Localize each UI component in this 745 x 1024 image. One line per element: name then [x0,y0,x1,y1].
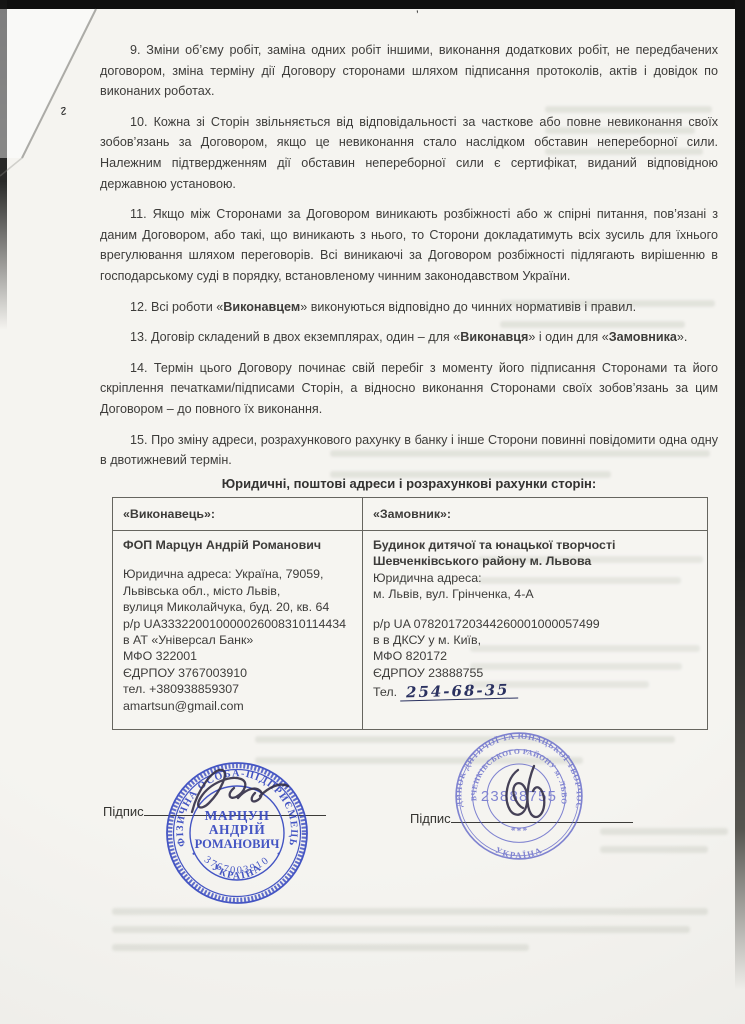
executor-name: ФОП Марцун Андрій Романович [123,537,352,553]
bleed-through-text [600,828,728,864]
customer-mfo: МФО 820172 [373,648,697,664]
executor-mfo: МФО 322001 [123,648,352,664]
svg-text:3767003910: 3767003910 [202,854,272,876]
executor-stamp-dot-right: • [277,849,280,859]
executor-signature-label: Підпис [103,804,144,819]
customer-address: м. Львів, вул. Грінченка, 4-А [373,586,697,602]
customer-stamp-outer-text: БУДИНОК ДИТЯЧОЇ ТА ЮНАЦЬКОЇ ТВОРЧОСТІ [452,729,585,810]
customer-phone-row: Тел. 254-68-35 [373,683,697,700]
bleed-through-text [255,736,675,778]
executor-signature-line [144,802,326,816]
executor-stamp-firstname: АНДРІЙ [209,822,266,837]
customer-signature-label: Підпис [410,811,451,826]
clause-14: 14. Термін цього Договору починає свій п… [100,358,718,420]
executor-edrpou: ЄДРПОУ 3767003910 [123,665,352,681]
executor-details: ФОП Марцун Андрій Романович Юридична адр… [113,531,363,729]
customer-stamp-stars: * * * [509,826,529,837]
customer-stamp-country: УКРАЇНА [494,845,544,861]
executor-stamp-dot-left: • [192,849,195,859]
addresses-heading: Юридичні, поштові адреси і розрахункові … [100,476,718,491]
svg-text:УКРАЇНА: УКРАЇНА [494,845,544,861]
scanned-contract-page: ∿ ’ 9. Зміни об’єму робіт, заміна одних [0,0,745,1024]
customer-account: р/р UA 078201720344260001000057499 [373,616,697,632]
scanner-edge-right [735,0,745,1010]
customer-details: Будинок дитячої та юнацької творчості Ше… [363,531,707,729]
clause-11: 11. Якщо між Сторонами за Договором вини… [100,204,718,286]
customer-address-label: Юридична адреса: [373,570,697,586]
clause-12: 12. Всі роботи «Виконавцем» виконуються … [100,297,718,318]
customer-name-line1: Будинок дитячої та юнацької творчості [373,537,697,553]
executor-stamp-patronymic: РОМАНОВИЧ [195,837,280,851]
scanner-edge-left [0,0,7,330]
ink-mark-top: ’ [416,8,419,22]
clause-15: 15. Про зміну адреси, розрахункового рах… [100,430,718,471]
customer-stamp-number: 23888755 [481,788,557,805]
svg-text:БУДИНОК ДИТЯЧОЇ ТА ЮНАЦЬКОЇ ТВ: БУДИНОК ДИТЯЧОЇ ТА ЮНАЦЬКОЇ ТВОРЧОСТІ [452,729,585,810]
customer-signature-row: Підпис [410,809,633,826]
customer-header: «Замовник»: [363,498,707,531]
customer-signature-line [451,809,633,823]
customer-edrpou: ЄДРПОУ 23888755 [373,665,697,681]
executor-autograph-signature [178,756,298,836]
customer-stamp: БУДИНОК ДИТЯЧОЇ ТА ЮНАЦЬКОЇ ТВОРЧОСТІ УК… [452,729,586,863]
bleed-through-text [112,908,708,962]
executor-phone: тел. +380938859307 [123,681,352,697]
executor-header: «Виконавець»: [113,498,363,531]
svg-text:* * *: * * * [509,826,529,837]
executor-signature-row: Підпис [103,802,326,819]
customer-bank: в в ДКСУ у м. Київ, [373,632,697,648]
customer-name-line2: Шевченківського району м. Львова [373,553,697,569]
svg-text:УКРАЇНА: УКРАЇНА [210,862,265,882]
executor-email: amartsun@gmail.com [123,698,352,714]
executor-address-line: Львівська обл., місто Львів, [123,583,352,599]
customer-phone-label: Тел. [373,685,397,699]
executor-stamp-country: УКРАЇНА [210,862,265,882]
clause-13: 13. Договір складений в двох екземплярах… [100,327,718,348]
clause-10: 10. Кожна зі Сторін звільняється від від… [100,112,718,194]
customer-stamp-inner-text: ШЕВЧЕНКІВСЬКОГО РАЙОНУ м. ЛЬВОВА [452,729,569,805]
executor-account: р/р UA333220010000026008310114434 [123,616,352,632]
executor-stamp: ФІЗИЧНА ОСОБА-ПІДПРИЄМЕЦЬ МАРЦУН АНДРІЙ … [162,758,312,908]
contacts-table: «Виконавець»: «Замовник»: ФОП Марцун Анд… [112,497,708,730]
contract-clauses: 9. Зміни об’єму робіт, заміна одних робі… [100,40,718,474]
executor-address-line: Юридична адреса: Україна, 79059, [123,566,352,582]
svg-text:ШЕВЧЕНКІВСЬКОГО РАЙОНУ м. ЛЬВО: ШЕВЧЕНКІВСЬКОГО РАЙОНУ м. ЛЬВОВА [452,729,569,805]
executor-address-line: вулиця Миколайчука, буд. 20, кв. 64 [123,599,352,615]
clause-9: 9. Зміни об’єму робіт, заміна одних робі… [100,40,718,102]
scanner-edge-top [0,0,745,9]
executor-bank: в АТ «Універсал Банк» [123,632,352,648]
customer-phone-handwritten: 254-68-35 [400,682,518,702]
ink-mark-corner: ∿ [54,102,73,120]
executor-stamp-number: 3767003910 [202,854,272,876]
